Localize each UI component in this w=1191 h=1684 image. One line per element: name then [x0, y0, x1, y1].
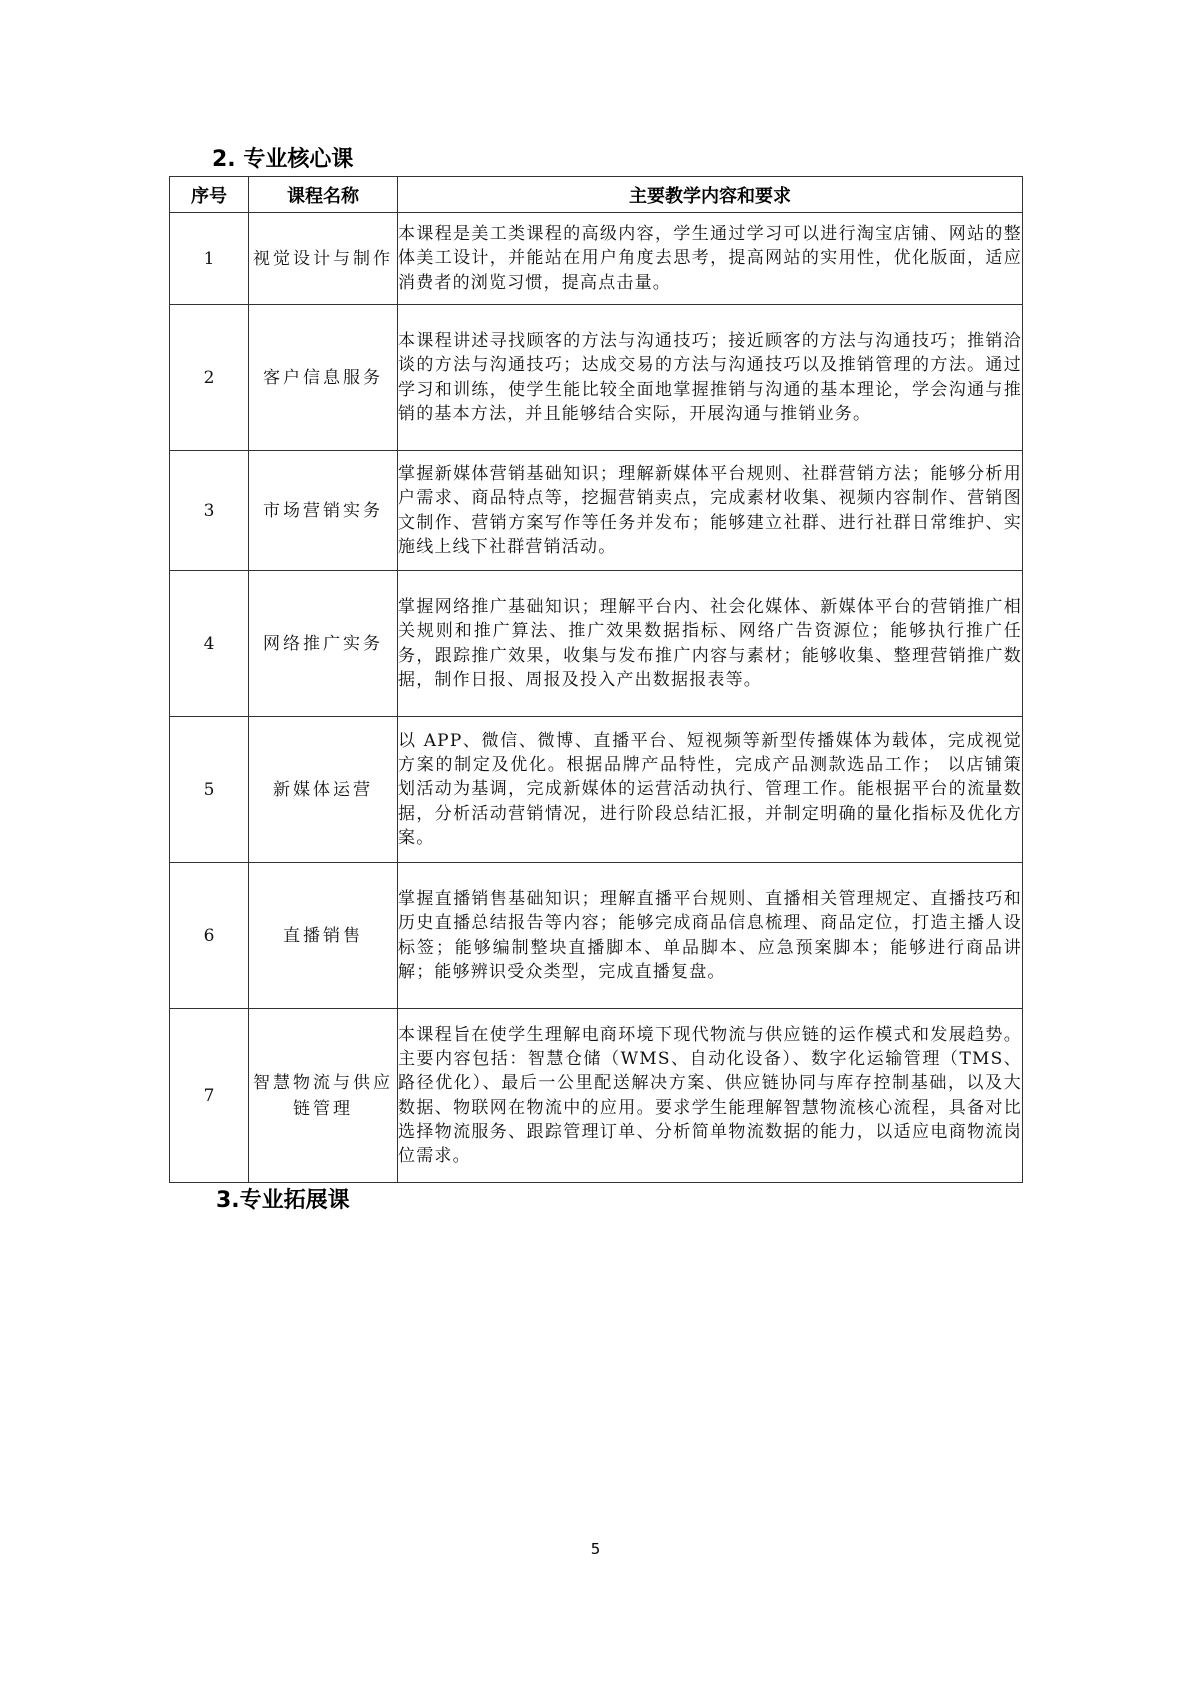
section-heading-extension-courses: 3.专业拓展课	[216, 1187, 350, 1215]
table-row: 1 视觉设计与制作 本课程是美工类课程的高级内容，学生通过学习可以进行淘宝店铺、…	[170, 213, 1023, 305]
course-name-cell: 视觉设计与制作	[249, 213, 398, 305]
section-heading-core-courses: 2. 专业核心课	[212, 146, 353, 174]
serial-number-cell: 2	[170, 305, 249, 451]
course-description-cell: 本课程是美工类课程的高级内容，学生通过学习可以进行淘宝店铺、网站的整体美工设计，…	[398, 213, 1023, 305]
course-name-cell: 客户信息服务	[249, 305, 398, 451]
serial-number-cell: 7	[170, 1009, 249, 1183]
table-row: 7 智慧物流与供应链管理 本课程旨在使学生理解电商环境下现代物流与供应链的运作模…	[170, 1009, 1023, 1183]
course-name-cell: 新媒体运营	[249, 717, 398, 863]
table-row: 5 新媒体运营 以 APP、微信、微博、直播平台、短视频等新型传播媒体为载体，完…	[170, 717, 1023, 863]
header-serial-number: 序号	[170, 177, 249, 213]
header-teaching-content: 主要教学内容和要求	[398, 177, 1023, 213]
core-courses-table: 序号 课程名称 主要教学内容和要求 1 视觉设计与制作 本课程是美工类课程的高级…	[169, 176, 1023, 1183]
course-description-cell: 本课程讲述寻找顾客的方法与沟通技巧；接近顾客的方法与沟通技巧；推销洽谈的方法与沟…	[398, 305, 1023, 451]
table-row: 4 网络推广实务 掌握网络推广基础知识；理解平台内、社会化媒体、新媒体平台的营销…	[170, 571, 1023, 717]
table-row: 2 客户信息服务 本课程讲述寻找顾客的方法与沟通技巧；接近顾客的方法与沟通技巧；…	[170, 305, 1023, 451]
course-description-cell: 掌握直播销售基础知识；理解直播平台规则、直播相关管理规定、直播技巧和历史直播总结…	[398, 863, 1023, 1009]
table-header-row: 序号 课程名称 主要教学内容和要求	[170, 177, 1023, 213]
course-name-cell: 市场营销实务	[249, 451, 398, 571]
serial-number-cell: 4	[170, 571, 249, 717]
course-name-cell: 直播销售	[249, 863, 398, 1009]
serial-number-cell: 6	[170, 863, 249, 1009]
table-row: 3 市场营销实务 掌握新媒体营销基础知识；理解新媒体平台规则、社群营销方法；能够…	[170, 451, 1023, 571]
course-name-cell: 网络推广实务	[249, 571, 398, 717]
page-number: 5	[0, 1540, 1191, 1558]
course-name-cell: 智慧物流与供应链管理	[249, 1009, 398, 1183]
table-row: 6 直播销售 掌握直播销售基础知识；理解直播平台规则、直播相关管理规定、直播技巧…	[170, 863, 1023, 1009]
serial-number-cell: 3	[170, 451, 249, 571]
course-description-cell: 本课程旨在使学生理解电商环境下现代物流与供应链的运作模式和发展趋势。主要内容包括…	[398, 1009, 1023, 1183]
course-description-cell: 以 APP、微信、微博、直播平台、短视频等新型传播媒体为载体，完成视觉方案的制定…	[398, 717, 1023, 863]
serial-number-cell: 1	[170, 213, 249, 305]
header-course-name: 课程名称	[249, 177, 398, 213]
serial-number-cell: 5	[170, 717, 249, 863]
course-description-cell: 掌握新媒体营销基础知识；理解新媒体平台规则、社群营销方法；能够分析用户需求、商品…	[398, 451, 1023, 571]
course-description-cell: 掌握网络推广基础知识；理解平台内、社会化媒体、新媒体平台的营销推广相关规则和推广…	[398, 571, 1023, 717]
